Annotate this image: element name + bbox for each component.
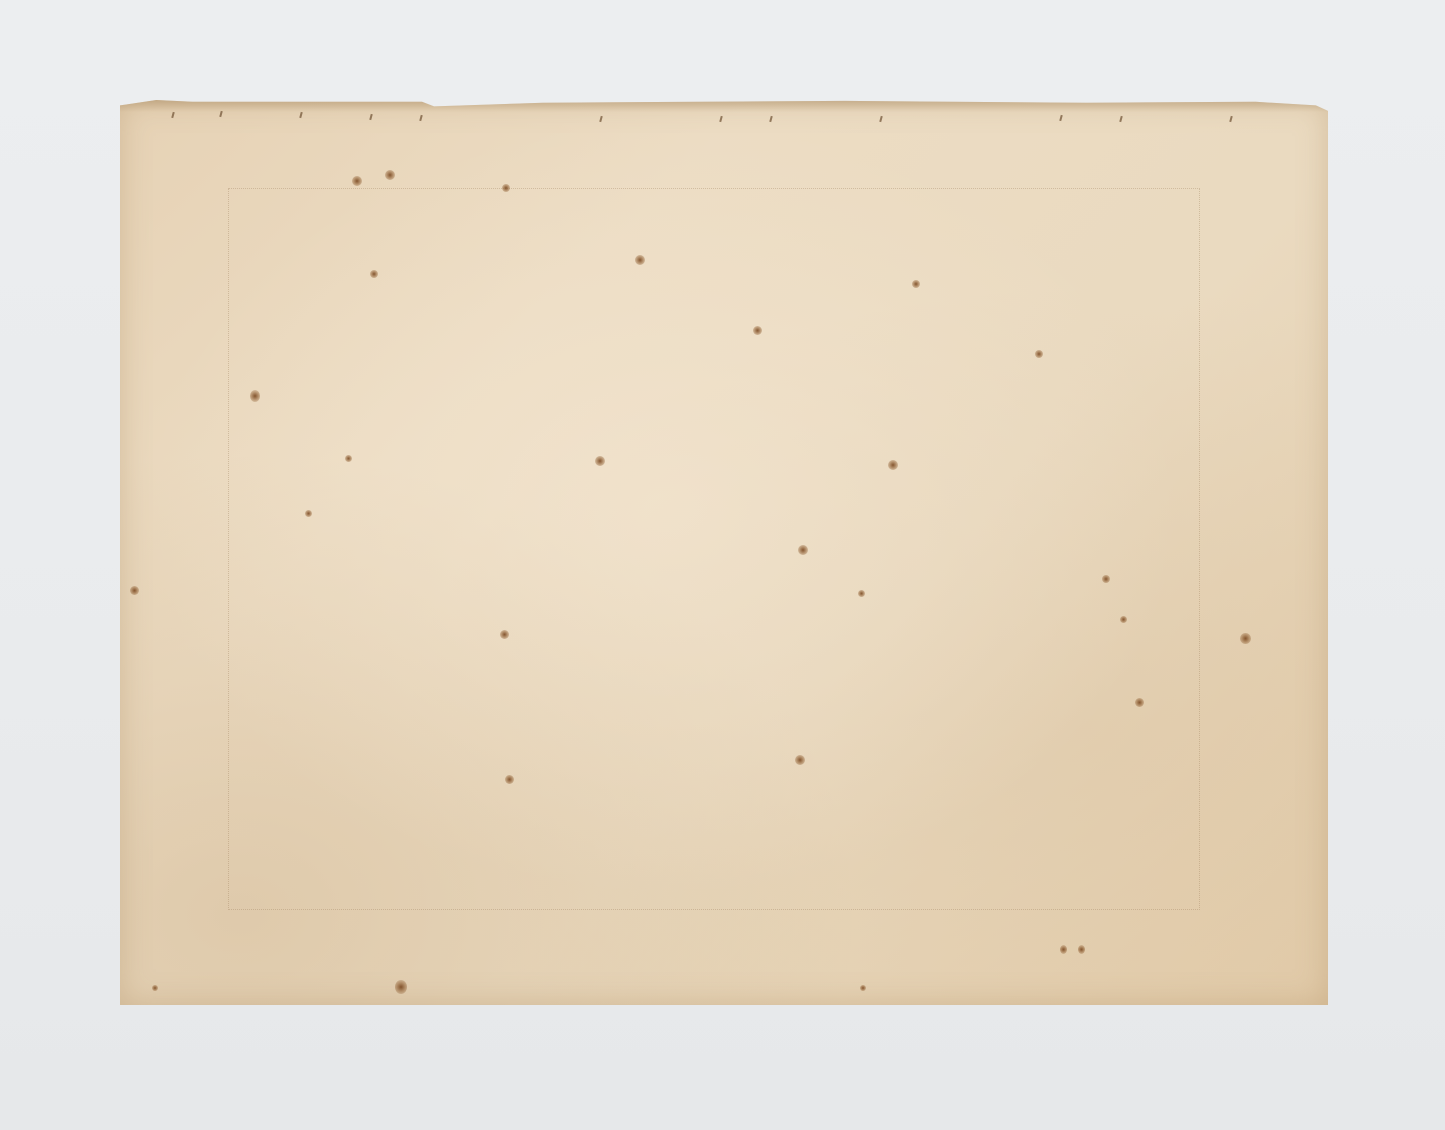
foxing-spot [858, 590, 865, 597]
foxing-spot [888, 460, 898, 470]
foxing-spot [1120, 616, 1127, 623]
foxing-spot [370, 270, 378, 278]
foxing-spot [1240, 633, 1251, 644]
foxing-spot [352, 176, 362, 186]
foxing-spot [860, 985, 866, 991]
foxing-spot [1035, 350, 1043, 358]
foxing-spot [130, 586, 139, 595]
foxing-spot [502, 184, 510, 192]
fiber-mark [419, 115, 422, 121]
fiber-mark [369, 114, 372, 120]
foxing-spot [635, 255, 645, 265]
foxing-spot [505, 775, 514, 784]
fiber-mark [299, 112, 302, 118]
foxing-spot [345, 455, 352, 462]
deckled-top-edge [120, 100, 1328, 112]
foxing-spot [250, 390, 260, 402]
fiber-mark [719, 116, 722, 122]
faint-plate-mark [228, 188, 1200, 910]
foxing-spot [912, 280, 920, 288]
fiber-mark [599, 116, 602, 122]
fiber-mark [769, 116, 772, 122]
fiber-mark [219, 111, 222, 117]
foxing-spot [795, 755, 805, 765]
fiber-mark [1229, 116, 1232, 122]
foxing-spot [1078, 945, 1085, 954]
fiber-mark [879, 116, 882, 122]
fiber-mark [171, 112, 174, 118]
foxing-spot [753, 326, 762, 335]
foxing-spot [500, 630, 509, 639]
foxing-spot [1060, 945, 1067, 954]
aged-paper-sheet [120, 100, 1328, 1005]
foxing-spot [595, 456, 605, 466]
fiber-mark [1119, 116, 1122, 122]
foxing-spot [385, 170, 395, 180]
foxing-spot [395, 980, 407, 994]
foxing-spot [1135, 698, 1144, 707]
foxing-spot [1102, 575, 1110, 583]
fiber-mark [1059, 115, 1062, 121]
foxing-spot [152, 985, 158, 991]
foxing-spot [798, 545, 808, 555]
foxing-spot [305, 510, 312, 517]
